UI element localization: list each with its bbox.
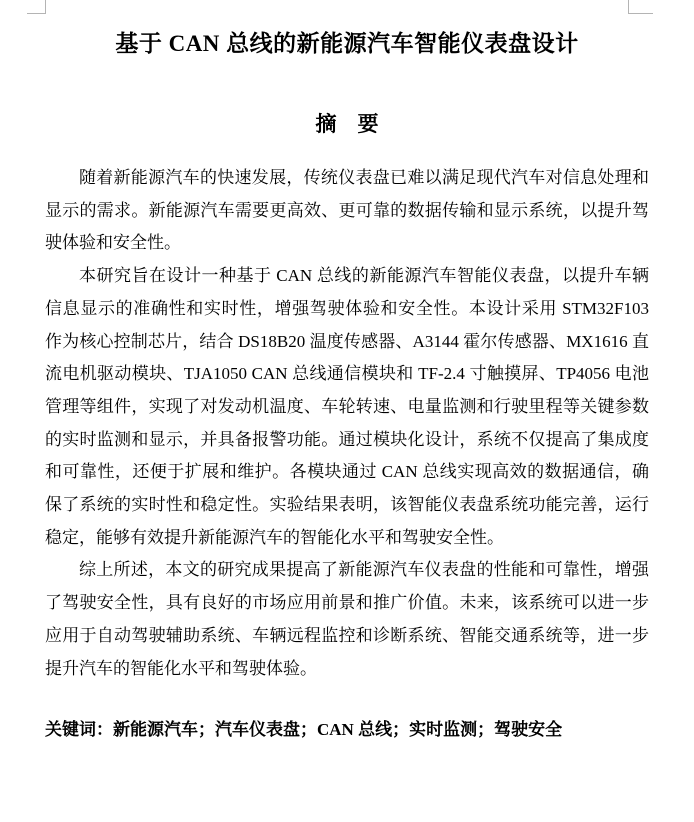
keywords-line: 关键词：新能源汽车；汽车仪表盘；CAN 总线；实时监测；驾驶安全 <box>45 713 649 746</box>
keywords-label: 关键词： <box>45 720 113 739</box>
abstract-paragraph: 本研究旨在设计一种基于 CAN 总线的新能源汽车智能仪表盘，以提升车辆信息显示的… <box>45 260 649 554</box>
document-title: 基于 CAN 总线的新能源汽车智能仪表盘设计 <box>45 27 649 61</box>
keywords-text: 新能源汽车；汽车仪表盘；CAN 总线；实时监测；驾驶安全 <box>113 720 562 739</box>
document-page: 基于 CAN 总线的新能源汽车智能仪表盘设计 摘 要 随着新能源汽车的快速发展，… <box>0 0 694 822</box>
abstract-paragraph: 随着新能源汽车的快速发展，传统仪表盘已难以满足现代汽车对信息处理和显示的需求。新… <box>45 162 649 260</box>
abstract-body: 随着新能源汽车的快速发展，传统仪表盘已难以满足现代汽车对信息处理和显示的需求。新… <box>45 162 649 685</box>
boundary-mark-horizontal-line <box>27 13 46 14</box>
document-content: 基于 CAN 总线的新能源汽车智能仪表盘设计 摘 要 随着新能源汽车的快速发展，… <box>45 0 649 746</box>
abstract-paragraph: 综上所述，本文的研究成果提高了新能源汽车仪表盘的性能和可靠性，增强了驾驶安全性，… <box>45 554 649 685</box>
abstract-heading: 摘 要 <box>45 110 649 138</box>
